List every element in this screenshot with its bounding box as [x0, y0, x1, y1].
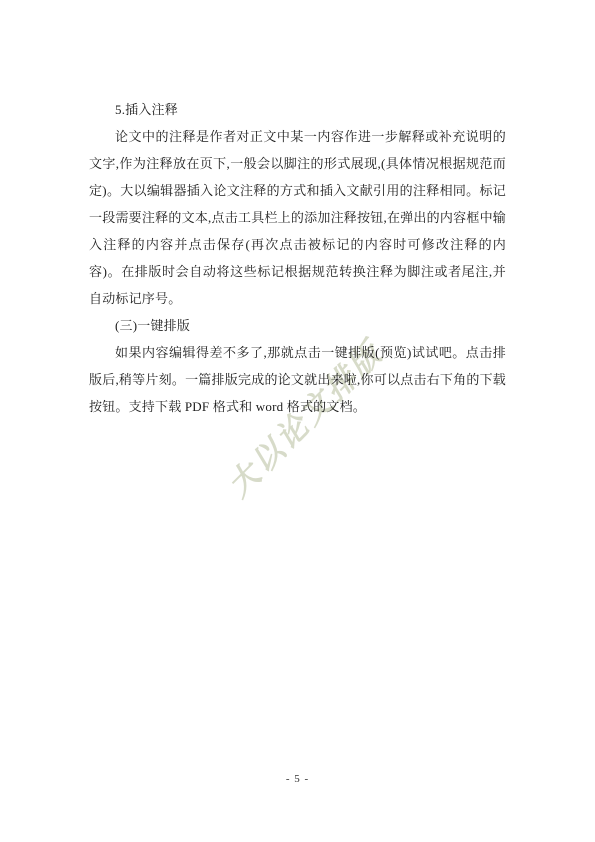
- paragraph-typesetting-description: 如果内容编辑得差不多了,那就点击一键排版(预览)试试吧。点击排版后,稍等片刻。一…: [89, 339, 506, 420]
- section-heading-insert-annotation: 5.插入注释: [89, 96, 506, 123]
- paragraph-annotation-description: 论文中的注释是作者对正文中某一内容作进一步解释或补充说明的文字,作为注释放在页下…: [89, 123, 506, 312]
- document-page: 大以论文排版 5.插入注释 论文中的注释是作者对正文中某一内容作进一步解释或补充…: [0, 0, 595, 842]
- page-number: - 5 -: [0, 773, 595, 785]
- section-heading-one-key-typesetting: (三)一键排版: [89, 312, 506, 339]
- document-body: 5.插入注释 论文中的注释是作者对正文中某一内容作进一步解释或补充说明的文字,作…: [89, 96, 506, 420]
